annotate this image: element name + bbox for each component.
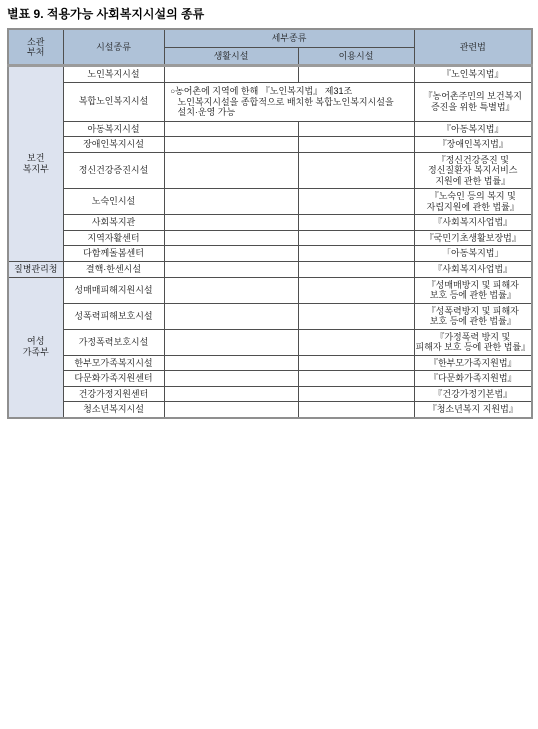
facility-cell: 장애인복지시설 — [63, 137, 164, 153]
table-row: 사회복지관『사회복지사업법』 — [8, 215, 532, 231]
use-facilities-cell — [298, 215, 414, 231]
facility-cell: 노인복지시설 — [63, 66, 164, 83]
use-facilities-cell — [298, 329, 414, 355]
facility-cell: 지역자활센터 — [63, 230, 164, 246]
facility-item: ○농어촌에 지역에 한해 『노인복지법』 제31조 노인복지시설을 종합적으로 … — [171, 86, 410, 118]
facility-cell: 건강가정지원센터 — [63, 386, 164, 402]
law-cell: 『정신건강증진 및 정신질환자 복지서비스 지원에 관한 법률』 — [414, 152, 532, 189]
table-row: 질병관리청결핵·한센시설『사회복지사업법』 — [8, 261, 532, 277]
facility-cell: 복합노인복지시설 — [63, 82, 164, 121]
table-row: 지역자활센터『국민기초생활보장법』 — [8, 230, 532, 246]
living-facilities-cell — [164, 261, 298, 277]
living-facilities-cell — [164, 230, 298, 246]
law-cell: 『성매매방지 및 피해자 보호 등에 관한 법률』 — [414, 277, 532, 303]
living-facilities-cell — [164, 121, 298, 137]
use-facilities-cell — [298, 277, 414, 303]
facility-cell: 성폭력피해보호시설 — [63, 303, 164, 329]
page-title: 별표 9. 적용가능 사회복지시설의 종류 — [7, 5, 538, 22]
col-header-use: 이용시설 — [298, 47, 414, 66]
facilities-table: 소관 부처 시설종류 세부종류 관련법 생활시설 이용시설 보건 복지부노인복지… — [7, 28, 533, 419]
facility-item-label: 농어촌에 지역에 한해 『노인복지법』 제31조 노인복지시설을 종합적으로 배… — [175, 86, 394, 118]
living-facilities-cell — [164, 355, 298, 371]
use-facilities-cell — [298, 246, 414, 262]
table-row: 다함께돌봄센터「아동복지법」 — [8, 246, 532, 262]
living-facilities-cell — [164, 215, 298, 231]
law-cell: 『국민기초생활보장법』 — [414, 230, 532, 246]
ministry-cell: 보건 복지부 — [8, 66, 63, 262]
law-cell: 『장애인복지법』 — [414, 137, 532, 153]
facility-cell: 다함께돌봄센터 — [63, 246, 164, 262]
facility-cell: 결핵·한센시설 — [63, 261, 164, 277]
law-cell: 『노숙인 등의 복지 및 자립지원에 관한 법률』 — [414, 189, 532, 215]
facility-cell: 사회복지관 — [63, 215, 164, 231]
table-row: 장애인복지시설『장애인복지법』 — [8, 137, 532, 153]
facility-cell: 정신건강증진시설 — [63, 152, 164, 189]
living-facilities-cell — [164, 303, 298, 329]
table-row: 건강가정지원센터『건강가정기본법』 — [8, 386, 532, 402]
table-row: 청소년복지시설『청소년복지 지원법』 — [8, 402, 532, 418]
living-facilities-cell — [164, 246, 298, 262]
law-cell: 『건강가정기본법』 — [414, 386, 532, 402]
use-facilities-cell — [298, 402, 414, 418]
table-row: 복합노인복지시설○농어촌에 지역에 한해 『노인복지법』 제31조 노인복지시설… — [8, 82, 532, 121]
living-facilities-cell — [164, 329, 298, 355]
law-cell: 『농어촌주민의 보건복지 증진을 위한 특별법』 — [414, 82, 532, 121]
table-row: 성폭력피해보호시설『성폭력방지 및 피해자 보호 등에 관한 법률』 — [8, 303, 532, 329]
document-page: 별표 9. 적용가능 사회복지시설의 종류 소관 부처 시설종류 세부종류 관련… — [0, 0, 538, 419]
living-facilities-cell — [164, 189, 298, 215]
use-facilities-cell — [298, 152, 414, 189]
table-header: 소관 부처 시설종류 세부종류 관련법 생활시설 이용시설 — [8, 29, 532, 66]
living-facilities-cell — [164, 402, 298, 418]
facility-cell: 한부모가족복지시설 — [63, 355, 164, 371]
col-header-law: 관련법 — [414, 29, 532, 66]
facility-cell: 가정폭력보호시설 — [63, 329, 164, 355]
law-cell: 『청소년복지 지원법』 — [414, 402, 532, 418]
use-facilities-cell — [298, 230, 414, 246]
ministry-cell: 질병관리청 — [8, 261, 63, 277]
facility-cell: 아동복지시설 — [63, 121, 164, 137]
table-row: 한부모가족복지시설『한부모가족지원법』 — [8, 355, 532, 371]
ministry-cell: 여성 가족부 — [8, 277, 63, 418]
col-header-ministry: 소관 부처 — [8, 29, 63, 66]
table-row: 여성 가족부성매매피해지원시설『성매매방지 및 피해자 보호 등에 관한 법률』 — [8, 277, 532, 303]
use-facilities-cell — [298, 189, 414, 215]
table-row: 다문화가족지원센터『다문화가족지원법』 — [8, 371, 532, 387]
table-row: 정신건강증진시설『정신건강증진 및 정신질환자 복지서비스 지원에 관한 법률』 — [8, 152, 532, 189]
use-facilities-cell — [298, 355, 414, 371]
law-cell: 『노인복지법』 — [414, 66, 532, 83]
table-row: 가정폭력보호시설『가정폭력 방지 및 피해자 보호 등에 관한 법률』 — [8, 329, 532, 355]
law-cell: 『사회복지사업법』 — [414, 261, 532, 277]
law-cell: 『사회복지사업법』 — [414, 215, 532, 231]
living-facilities-cell — [164, 371, 298, 387]
law-cell: 『다문화가족지원법』 — [414, 371, 532, 387]
law-cell: 『가정폭력 방지 및 피해자 보호 등에 관한 법률』 — [414, 329, 532, 355]
facility-cell: 다문화가족지원센터 — [63, 371, 164, 387]
facility-cell: 성매매피해지원시설 — [63, 277, 164, 303]
use-facilities-cell — [298, 66, 414, 83]
living-facilities-cell — [164, 152, 298, 189]
col-header-detail: 세부종류 — [164, 29, 414, 47]
use-facilities-cell — [298, 137, 414, 153]
law-cell: 「아동복지법」 — [414, 246, 532, 262]
law-cell: 『아동복지법』 — [414, 121, 532, 137]
use-facilities-cell — [298, 303, 414, 329]
law-cell: 『한부모가족지원법』 — [414, 355, 532, 371]
living-facilities-cell — [164, 277, 298, 303]
facility-cell: 노숙인시설 — [63, 189, 164, 215]
col-header-living: 생활시설 — [164, 47, 298, 66]
merged-detail-cell: ○농어촌에 지역에 한해 『노인복지법』 제31조 노인복지시설을 종합적으로 … — [164, 82, 414, 121]
facility-cell: 청소년복지시설 — [63, 402, 164, 418]
table-row: 노숙인시설『노숙인 등의 복지 및 자립지원에 관한 법률』 — [8, 189, 532, 215]
table-row: 보건 복지부노인복지시설『노인복지법』 — [8, 66, 532, 83]
living-facilities-cell — [164, 137, 298, 153]
use-facilities-cell — [298, 121, 414, 137]
law-cell: 『성폭력방지 및 피해자 보호 등에 관한 법률』 — [414, 303, 532, 329]
table-row: 아동복지시설『아동복지법』 — [8, 121, 532, 137]
living-facilities-cell — [164, 66, 298, 83]
col-header-facility: 시설종류 — [63, 29, 164, 66]
use-facilities-cell — [298, 371, 414, 387]
table-body: 보건 복지부노인복지시설『노인복지법』복합노인복지시설○농어촌에 지역에 한해 … — [8, 66, 532, 418]
living-facilities-cell — [164, 386, 298, 402]
use-facilities-cell — [298, 386, 414, 402]
use-facilities-cell — [298, 261, 414, 277]
